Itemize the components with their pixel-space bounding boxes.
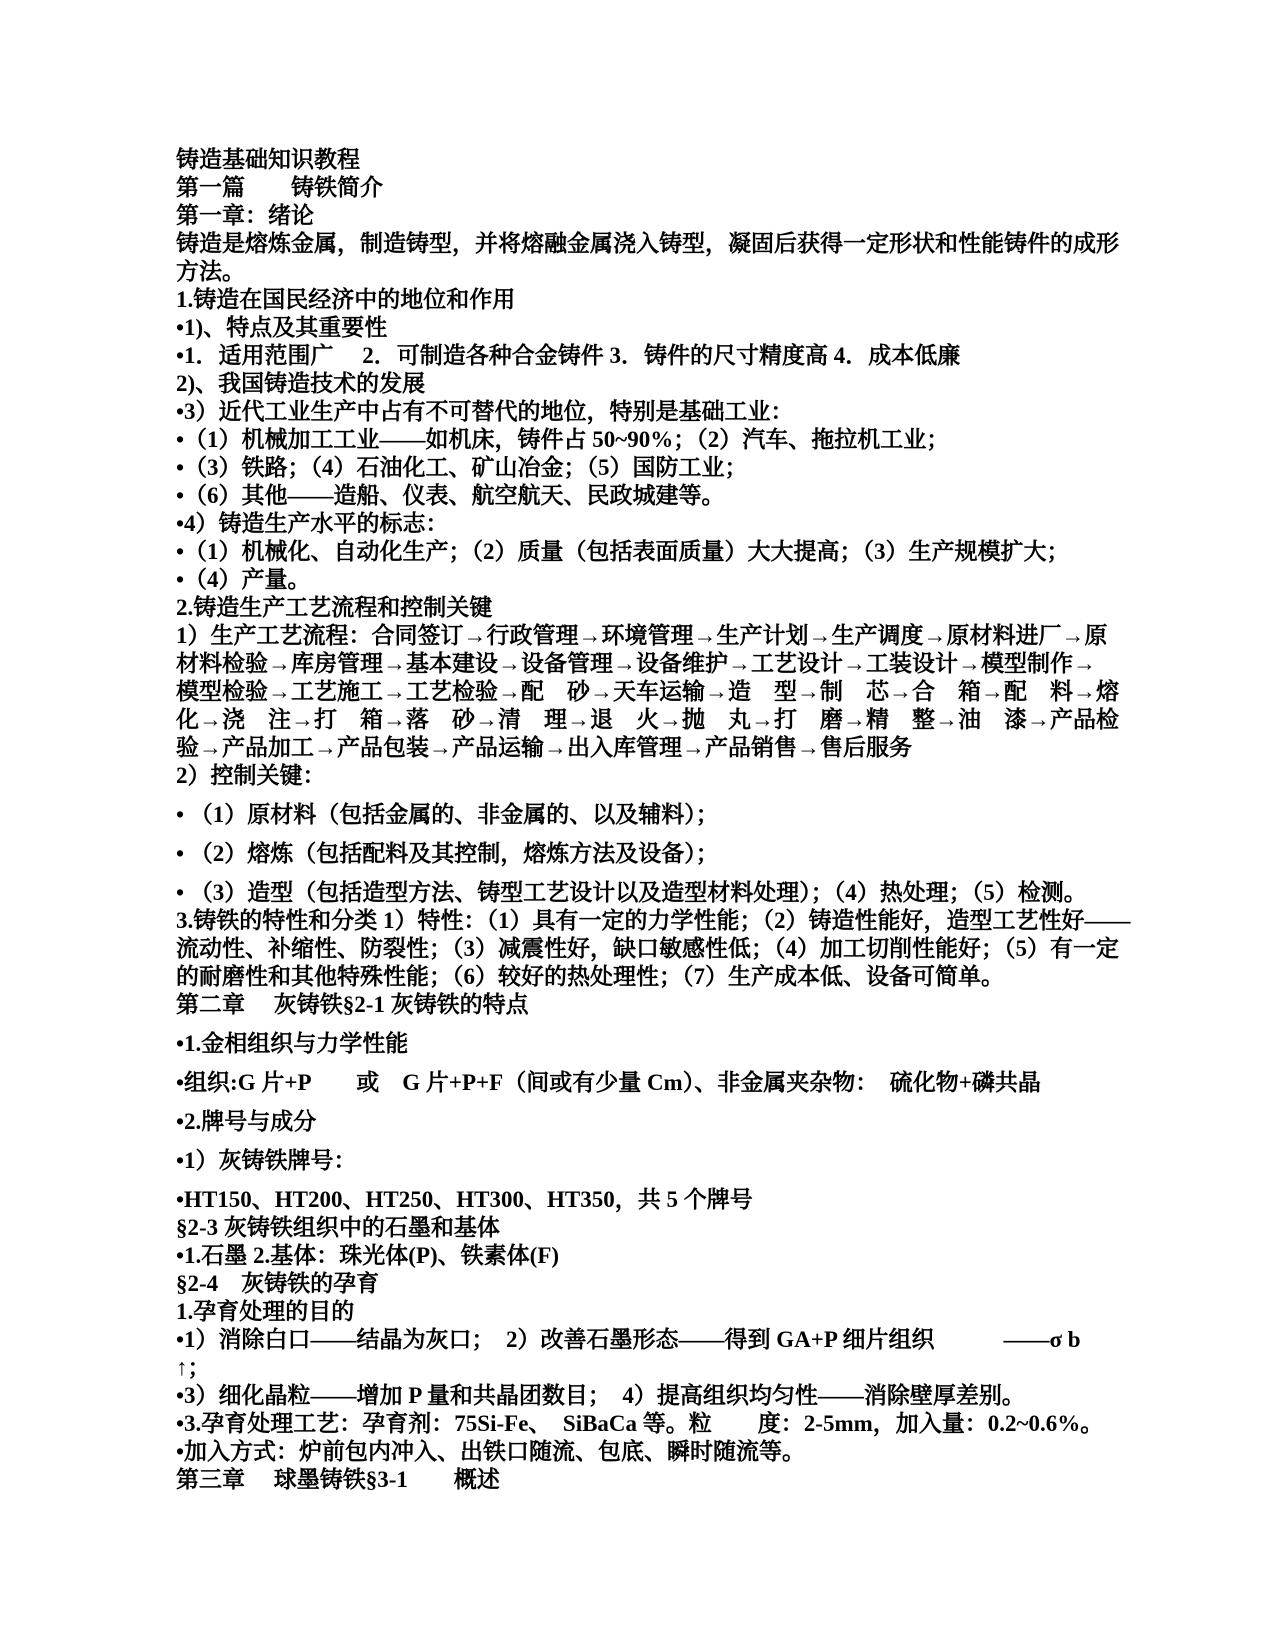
text-line: •1)、特点及其重要性: [176, 314, 1126, 342]
text-line: 2.铸造生产工艺流程和控制关键: [176, 594, 1126, 622]
text-line: §2-4 灰铸铁的孕育: [176, 1270, 1126, 1298]
text-line: 第三章 球墨铸铁§3-1 概述: [176, 1466, 1126, 1494]
text-line: 1.孕育处理的目的: [176, 1298, 1126, 1326]
text-line: •1．适用范围广 2．可制造各种合金铸件 3．铸件的尺寸精度高 4．成本低廉: [176, 342, 1126, 370]
text-line: •（4）产量。: [176, 566, 1126, 594]
text-line: •3.孕育处理工艺：孕育剂：75Si-Fe、 SiBaCa 等。粒 度：2-5m…: [176, 1410, 1126, 1438]
text-line: §2-3 灰铸铁组织中的石墨和基体: [176, 1214, 1126, 1242]
text-line: •1.金相组织与力学性能: [176, 1030, 1126, 1058]
text-line: •（3）铁路；（4）石油化工、矿山冶金；（5）国防工业；: [176, 454, 1126, 482]
text-line: •3）近代工业生产中占有不可替代的地位，特别是基础工业：: [176, 398, 1126, 426]
text-line: • （3）造型（包括造型方法、铸型工艺设计以及造型材料处理）；（4）热处理；（5…: [176, 879, 1126, 907]
text-line: • （2）熔炼（包括配料及其控制，熔炼方法及设备）；: [176, 840, 1126, 868]
text-line: 方法。: [176, 258, 1126, 286]
document-body: 铸造基础知识教程第一篇 铸铁简介第一章：绪论铸造是熔炼金属，制造铸型，并将熔融金…: [176, 146, 1126, 1494]
text-line: •（6）其他——造船、仪表、航空航天、民政城建等。: [176, 482, 1126, 510]
text-line: 2)、我国铸造技术的发展: [176, 370, 1126, 398]
text-line: •2.牌号与成分: [176, 1108, 1126, 1136]
text-line: •1.石墨 2.基体：珠光体(P)、铁素体(F): [176, 1242, 1126, 1270]
text-line: •1）消除白口——结晶为灰口； 2）改善石墨形态——得到 GA+P 细片组织 —…: [176, 1326, 1126, 1354]
text-line: •4）铸造生产水平的标志：: [176, 510, 1126, 538]
text-line: 材料检验→库房管理→基本建设→设备管理→设备维护→工艺设计→工装设计→模型制作→: [176, 650, 1126, 678]
text-line: •组织:G 片+P 或 G 片+P+F（间或有少量 Cm）、非金属夹杂物： 硫化…: [176, 1069, 1126, 1097]
text-line: ↑；: [176, 1354, 1126, 1382]
text-line: •（1）机械加工工业——如机床，铸件占 50~90%；（2）汽车、拖拉机工业；: [176, 426, 1126, 454]
text-line: 模型检验→工艺施工→工艺检验→配 砂→天车运输→造 型→制 芯→合 箱→配 料→…: [176, 678, 1126, 706]
text-line: 第一章：绪论: [176, 202, 1126, 230]
text-line: 铸造是熔炼金属，制造铸型，并将熔融金属浇入铸型，凝固后获得一定形状和性能铸件的成…: [176, 230, 1126, 258]
text-line: 铸造基础知识教程: [176, 146, 1126, 174]
text-line: 的耐磨性和其他特殊性能；（6）较好的热处理性；（7）生产成本低、设备可简单。: [176, 963, 1126, 991]
text-line: • （1）原材料（包括金属的、非金属的、以及辅料）；: [176, 801, 1126, 829]
text-line: •加入方式：炉前包内冲入、出铁口随流、包底、瞬时随流等。: [176, 1438, 1126, 1466]
text-line: 流动性、补缩性、防裂性；（3）减震性好，缺口敏感性低；（4）加工切削性能好；（5…: [176, 935, 1126, 963]
text-line: 3.铸铁的特性和分类 1）特性：（1）具有一定的力学性能；（2）铸造性能好，造型…: [176, 907, 1126, 935]
text-line: •（1）机械化、自动化生产；（2）质量（包括表面质量）大大提高；（3）生产规模扩…: [176, 538, 1126, 566]
text-line: 1）生产工艺流程：合同签订→行政管理→环境管理→生产计划→生产调度→原材料进厂→…: [176, 622, 1126, 650]
text-line: •1）灰铸铁牌号：: [176, 1147, 1126, 1175]
text-line: •3）细化晶粒——增加 P 量和共晶团数目； 4）提高组织均匀性——消除壁厚差别…: [176, 1382, 1126, 1410]
text-line: 验→产品加工→产品包装→产品运输→出入库管理→产品销售→售后服务: [176, 734, 1126, 762]
text-line: •HT150、HT200、HT250、HT300、HT350，共 5 个牌号: [176, 1186, 1126, 1214]
text-line: 2）控制关键：: [176, 762, 1126, 790]
document-page: 铸造基础知识教程第一篇 铸铁简介第一章：绪论铸造是熔炼金属，制造铸型，并将熔融金…: [0, 0, 1275, 1650]
text-line: 化→浇 注→打 箱→落 砂→清 理→退 火→抛 丸→打 磨→精 整→油 漆→产品…: [176, 706, 1126, 734]
text-line: 第一篇 铸铁简介: [176, 174, 1126, 202]
text-line: 1.铸造在国民经济中的地位和作用: [176, 286, 1126, 314]
text-line: 第二章 灰铸铁§2-1 灰铸铁的特点: [176, 991, 1126, 1019]
